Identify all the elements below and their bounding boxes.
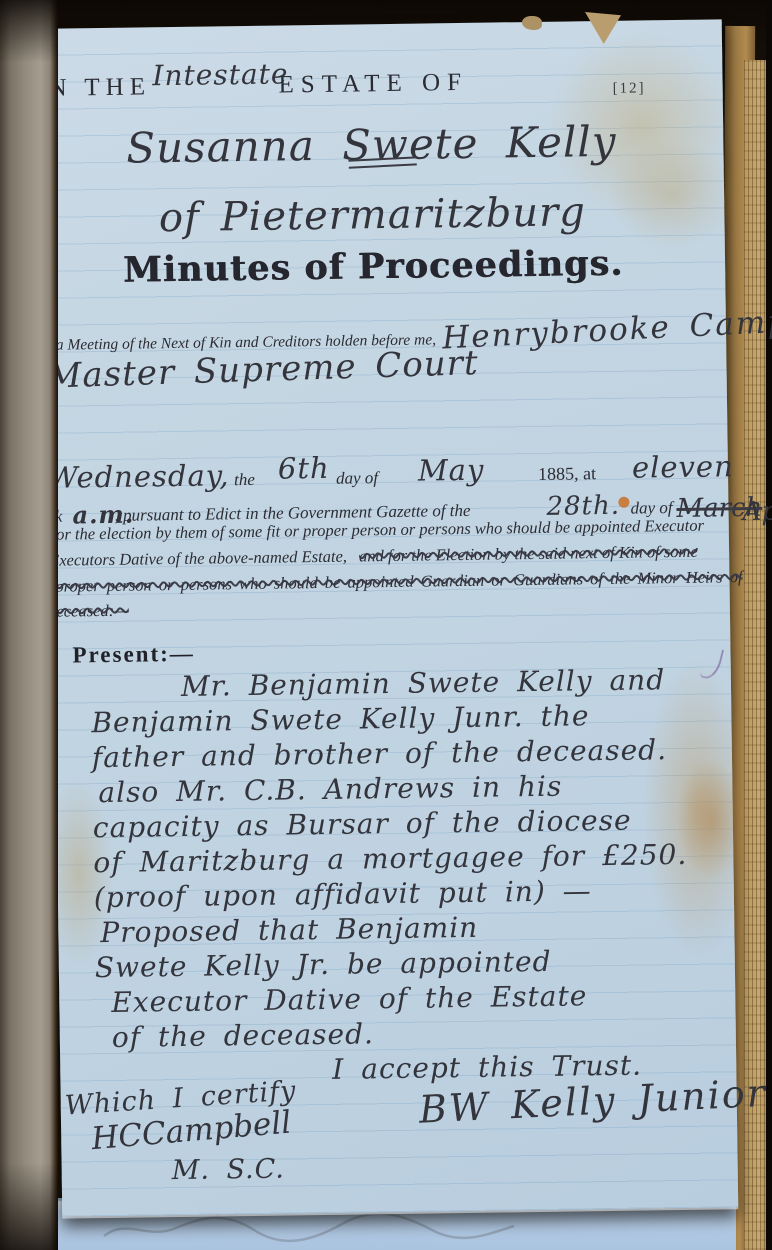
page-number: [12] [613,80,646,97]
estate-header-prefix: N THE [48,73,151,102]
month-handwritten: May [418,453,485,488]
struck-clause-2: and proper person or persons who should … [23,567,742,597]
estate-header-suffix: ESTATE OF [278,69,468,100]
scanned-document-photo: N THE Intestate ESTATE OF [12] Susanna S… [0,0,772,1250]
deceased-middle-name: Swete [336,119,485,170]
printed-day-of: day of [336,468,378,489]
estate-type-handwritten: Intestate [152,57,289,92]
officer-signature: Henrybrooke Campbell [441,300,772,356]
present-heading: Present:— [72,641,195,669]
day-number-handwritten: 6th [278,451,330,486]
book-edge-shadow [766,0,772,1250]
corrected-month-handwritten: April [742,496,772,527]
left-page-edge [0,0,58,1250]
master-title-abbr: M. S.C. [171,1154,285,1187]
struck-clause-1: and for the Election by the said next of… [359,542,698,566]
document-page: N THE Intestate ESTATE OF [12] Susanna S… [46,19,739,1216]
edict-line-4: Executors Dative of the above-named Esta… [49,542,698,571]
minutes-body: Mr. Benjamin Swete Kelly and Benjamin Sw… [91,661,737,1090]
hour-handwritten: eleven [632,449,734,484]
deceased-first-name: Susanna [126,121,315,173]
executors-dative-clause: Executors Dative of the above-named Esta… [49,547,347,570]
printed-year-at: 1885, at [538,463,596,485]
weekday-handwritten: Wednesday, [48,458,230,495]
torn-paper [522,16,542,30]
proceedings-title: Minutes of Proceedings. [49,242,698,292]
printed-the: the [234,470,255,490]
deceased-name: Susanna Swete Kelly [47,116,696,174]
deceased-residence: of Pietermaritzburg [48,188,697,243]
deceased-last-name: Kelly [505,117,616,168]
